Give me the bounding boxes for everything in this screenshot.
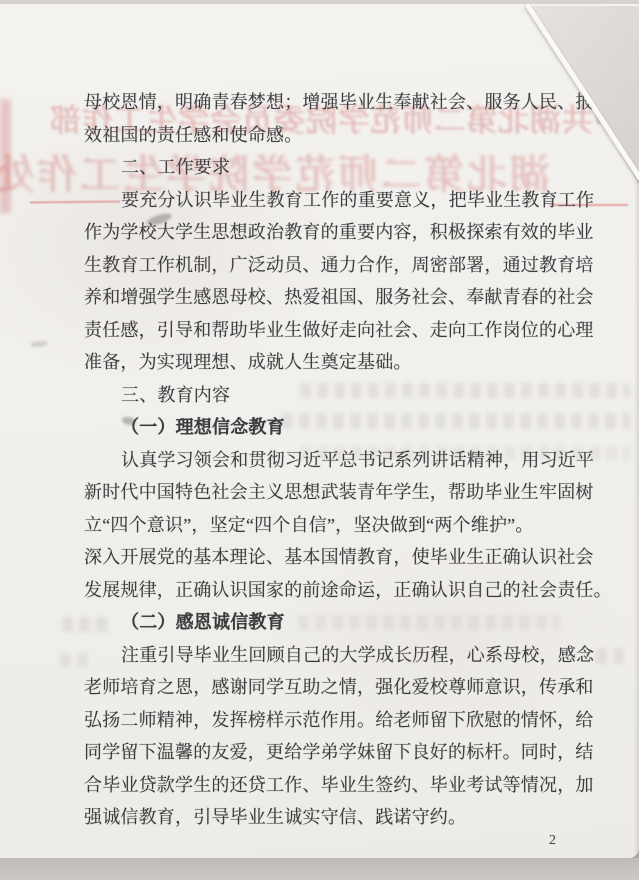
text-line: 合毕业贷款学生的还贷工作、毕业生签约、毕业考试等情况，加: [84, 769, 596, 802]
text-line: 弘扬二师精神，发挥榜样示范作用。给老师留下欣慰的情怀，给: [84, 704, 596, 737]
subsection-heading: （一）理想信念教育: [84, 411, 596, 444]
scan-edge-top: [0, 0, 639, 4]
pencil-mark: [30, 340, 49, 348]
scan-edge-bottom: [0, 858, 639, 880]
text-line: 作为学校大学生思想政治教育的重要内容，积极探索有效的毕业: [84, 216, 596, 249]
scanned-page: 中共湖北第二师范学院委员会学生工作部 湖北第二师范学院学生工作处 母校恩情，明确…: [0, 3, 639, 858]
subsection-heading: （二）感恩诚信教育: [84, 606, 596, 639]
text-line: 注重引导毕业生回顾自己的大学成长历程，心系母校，感念: [84, 639, 596, 672]
text-line: 发展规律，正确认识国家的前途命运，正确认识自己的社会责任。: [84, 574, 596, 607]
section-heading: 三、教育内容: [84, 379, 596, 412]
gray-bleedthrough-smudge: [596, 648, 624, 664]
text-line: 同学留下温馨的友爱，更给学弟学妹留下良好的标杆。同时，结: [84, 736, 596, 769]
text-line: 责任感，引导和帮助毕业生做好走向社会、走向工作岗位的心理: [84, 314, 596, 347]
text-line: 准备，为实现理想、成就人生奠定基础。: [84, 346, 596, 379]
text-line: 立“四个意识”，坚定“四个自信”，坚决做到“两个维护”。: [84, 509, 596, 542]
text-line: 要充分认识毕业生教育工作的重要意义，把毕业生教育工作: [84, 184, 596, 217]
red-bleedthrough-edge-smudge: [0, 99, 11, 213]
text-line: 深入开展党的基本理论、基本国情教育，使毕业生正确认识社会: [84, 541, 596, 574]
text-line: 生教育工作机制，广泛动员、通力合作，周密部署，通过教育培: [84, 249, 596, 282]
text-line: 新时代中国特色社会主义思想武装青年学生，帮助毕业生牢固树: [84, 476, 596, 509]
page-number: 2: [549, 833, 556, 849]
text-line: 认真学习领会和贯彻习近平总书记系列讲话精神，用习近平: [84, 444, 596, 477]
scan-edge-right: [634, 180, 639, 858]
document-body: 母校恩情，明确青春梦想；增强毕业生奉献社会、服务人民、报 效祖国的责任感和使命感…: [84, 86, 596, 834]
text-line: 母校恩情，明确青春梦想；增强毕业生奉献社会、服务人民、报: [84, 86, 596, 119]
text-line: 养和增强学生感恩母校、热爱祖国、服务社会、奉献青春的社会: [84, 281, 596, 314]
section-heading: 二、工作要求: [84, 151, 596, 184]
text-line: 老师培育之恩，感谢同学互助之情，强化爱校尊师意识，传承和: [84, 671, 596, 704]
text-line: 强诚信教育，引导毕业生诚实守信、践诺守约。: [84, 801, 596, 834]
text-line: 效祖国的责任感和使命感。: [84, 119, 596, 152]
